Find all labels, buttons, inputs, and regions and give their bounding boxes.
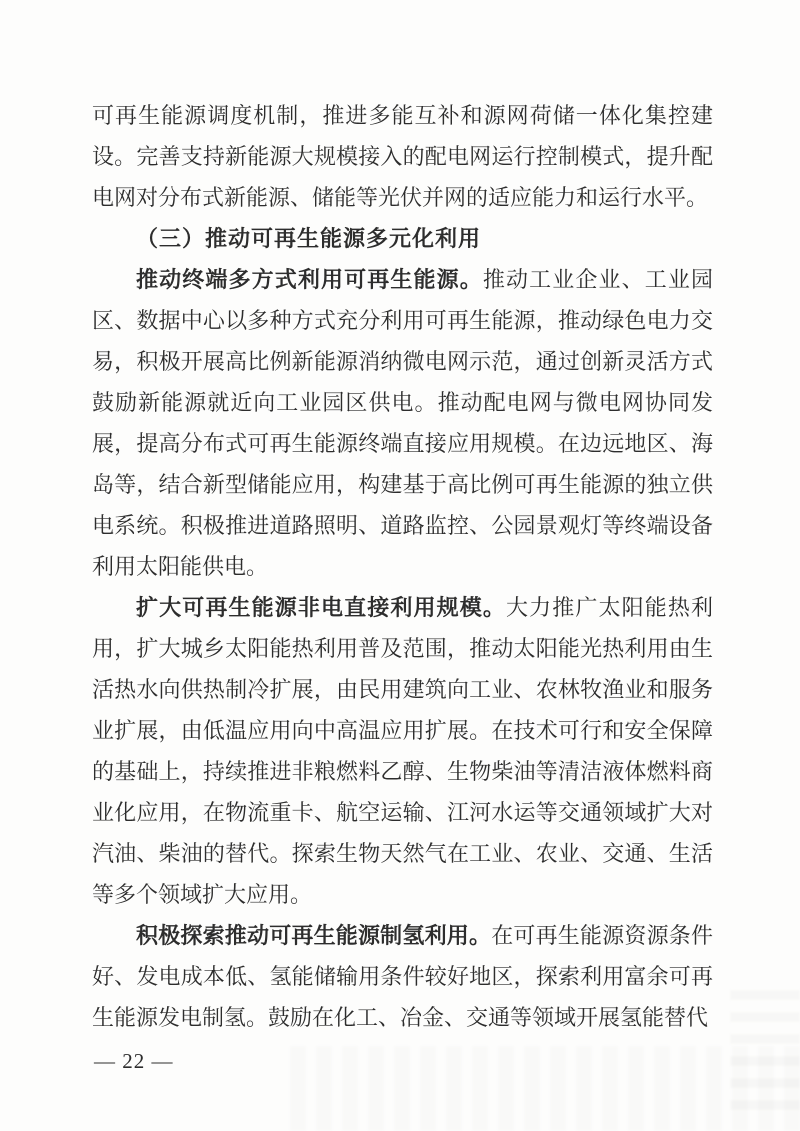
- paragraph-text-non-electric-direct-use: 大力推广太阳能热利用，扩大城乡太阳能热利用普及范围，推动太阳能光热利用由生活热水…: [92, 595, 713, 907]
- paragraph-grid-dispatch-continuation: 可再生能源调度机制，推进多能互补和源网荷储一体化集控建设。完善支持新能源大规模接…: [92, 95, 713, 218]
- section-heading-diversified-utilization: （三）推动可再生能源多元化利用: [92, 218, 713, 259]
- paragraph-lead-hydrogen-production: 积极探索推动可再生能源制氢利用。: [136, 923, 491, 948]
- document-body: 可再生能源调度机制，推进多能互补和源网荷储一体化集控建设。完善支持新能源大规模接…: [92, 95, 713, 1038]
- scanned-page: 可再生能源调度机制，推进多能互补和源网荷储一体化集控建设。完善支持新能源大规模接…: [0, 0, 800, 1131]
- paragraph-text-terminal-multi-mode-use: 推动工业企业、工业园区、数据中心以多种方式充分利用可再生能源，推动绿色电力交易，…: [92, 267, 713, 579]
- paragraph-lead-non-electric-direct-use: 扩大可再生能源非电直接利用规模。: [136, 595, 506, 620]
- page-number: — 22 —: [94, 1046, 174, 1076]
- paragraph-non-electric-direct-use: 扩大可再生能源非电直接利用规模。大力推广太阳能热利用，扩大城乡太阳能热利用普及范…: [92, 587, 713, 915]
- paragraph-terminal-multi-mode-use: 推动终端多方式利用可再生能源。推动工业企业、工业园区、数据中心以多种方式充分利用…: [92, 259, 713, 587]
- paragraph-lead-terminal-multi-mode-use: 推动终端多方式利用可再生能源。: [136, 267, 483, 292]
- scan-bleed-through-right: [730, 990, 800, 1110]
- scan-bleed-through-bottom: [290, 1046, 800, 1131]
- paragraph-hydrogen-production: 积极探索推动可再生能源制氢利用。在可再生能源资源条件好、发电成本低、氢能储输用条…: [92, 915, 713, 1038]
